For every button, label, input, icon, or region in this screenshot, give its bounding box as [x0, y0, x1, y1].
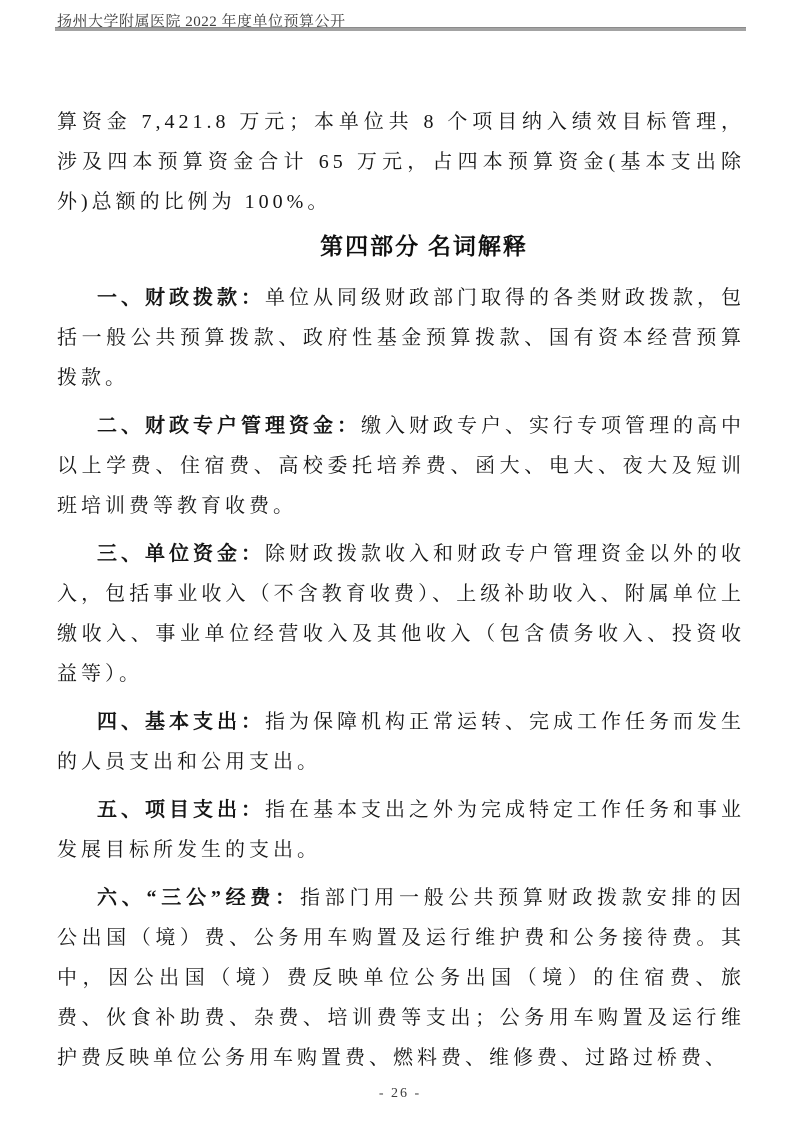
term-paragraph-6: 六、“三公”经费：指部门用一般公共预算财政拨款安排的因公出国（境）费、公务用车购…: [57, 878, 745, 1078]
document-page: 扬州大学附属医院 2022 年度单位预算公开 算资金 7,421.8 万元；本单…: [0, 0, 800, 1132]
term-label: 五、项目支出：: [97, 799, 265, 821]
term-paragraph-2: 二、财政专户管理资金：缴入财政专户、实行专项管理的高中以上学费、住宿费、高校委托…: [57, 406, 745, 526]
term-paragraph-5: 五、项目支出：指在基本支出之外为完成特定工作任务和事业发展目标所发生的支出。: [57, 790, 745, 870]
header-rule: [55, 27, 746, 31]
term-label: 一、财政拨款：: [97, 287, 265, 309]
term-paragraph-4: 四、基本支出：指为保障机构正常运转、完成工作任务而发生的人员支出和公用支出。: [57, 702, 745, 782]
term-paragraph-1: 一、财政拨款：单位从同级财政部门取得的各类财政拨款，包括一般公共预算拨款、政府性…: [57, 278, 745, 398]
term-label: 六、“三公”经费：: [97, 887, 300, 909]
page-footer: - 26 -: [0, 1086, 800, 1102]
term-label: 二、财政专户管理资金：: [97, 415, 361, 437]
term-label: 三、单位资金：: [97, 543, 265, 565]
term-definition: 指部门用一般公共预算财政拨款安排的因公出国（境）费、公务用车购置及运行维护费和公…: [57, 887, 745, 1069]
document-body: 算资金 7,421.8 万元；本单位共 8 个项目纳入绩效目标管理，涉及四本预算…: [57, 102, 745, 1086]
section-heading: 第四部分 名词解释: [57, 224, 745, 270]
term-paragraph-3: 三、单位资金：除财政拨款收入和财政专户管理资金以外的收入，包括事业收入（不含教育…: [57, 534, 745, 694]
page-number: - 26 -: [379, 1086, 421, 1101]
term-label: 四、基本支出：: [97, 711, 265, 733]
intro-paragraph: 算资金 7,421.8 万元；本单位共 8 个项目纳入绩效目标管理，涉及四本预算…: [57, 102, 745, 222]
